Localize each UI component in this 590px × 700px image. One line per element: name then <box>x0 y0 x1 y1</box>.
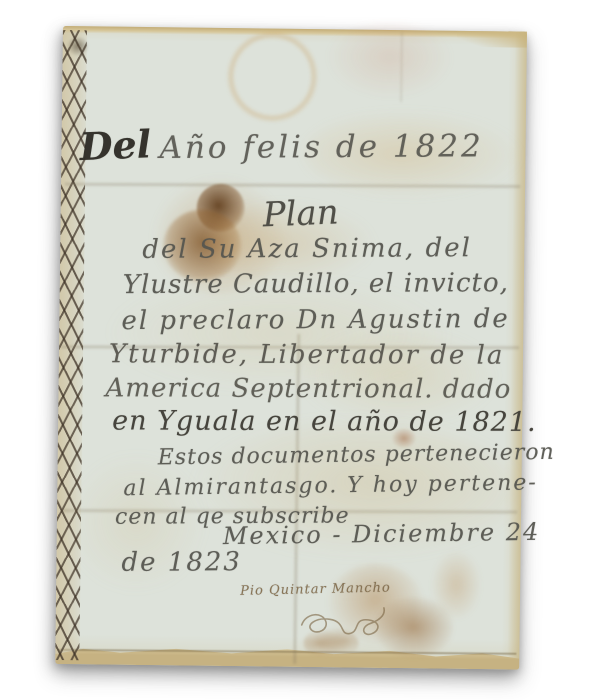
manuscript-page: Del Año felis de 1822 Plan del Su Aza Sn… <box>55 26 527 670</box>
body-line-1: del Su Aza Snima, del <box>142 235 472 263</box>
seal-ghost-stain <box>220 26 325 127</box>
place-date-line-1: Mexico - Diciembre 24 <box>223 520 541 548</box>
place-date-line-2: de 1823 <box>121 549 242 576</box>
page-bottom-edge <box>55 642 519 670</box>
body-line-6: en Yguala en el año de 1821. <box>112 407 537 435</box>
heading-word: Del <box>79 125 152 166</box>
signature-rubric-flourish <box>295 595 392 648</box>
note-line-1: Estos documentos pertenecieron <box>158 442 555 470</box>
page-right-edge <box>507 32 527 670</box>
note-line-2: al Almirantasgo. Y hoy pertene- <box>123 472 538 500</box>
dark-mark-top-left <box>67 36 89 56</box>
document-title: Plan <box>262 195 339 232</box>
body-line-4: Yturbide, Libertador de la <box>109 341 504 368</box>
body-line-5: America Septentrional. dado <box>106 375 512 402</box>
faint-red-stain-top <box>324 21 455 101</box>
heading-year-line: Año felis de 1822 <box>159 131 483 164</box>
body-line-2: Ylustre Caudillo, el invicto, <box>123 270 509 298</box>
photograph-background: Del Año felis de 1822 Plan del Su Aza Sn… <box>0 0 590 700</box>
body-line-3: el preclaro Dn Agustin de <box>121 306 509 334</box>
stain-near-signature-3 <box>432 551 481 620</box>
